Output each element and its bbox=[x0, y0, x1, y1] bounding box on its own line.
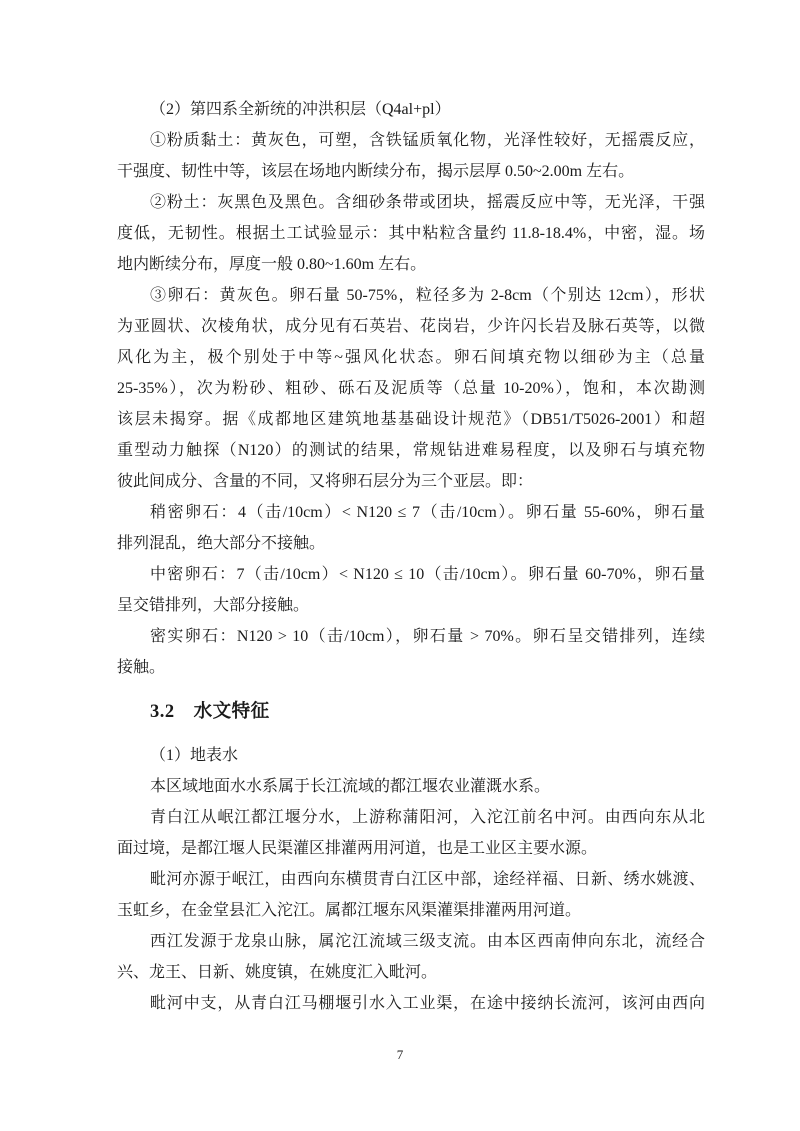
paragraph: 密实卵石：N120 > 10（击/10cm），卵石量 > 70%。卵石呈交错排列… bbox=[117, 621, 705, 683]
paragraph: 中密卵石：7（击/10cm）< N120 ≤ 10（击/10cm）。卵石量 60… bbox=[117, 559, 705, 621]
text-line: （2）第四系全新统的冲洪积层（Q4al+pl） bbox=[117, 94, 705, 125]
paragraph: ③卵石：黄灰色。卵石量 50-75%，粒径多为 2-8cm（个别达 12cm），… bbox=[117, 280, 705, 497]
paragraph: 毗河中支，从青白江马棚堰引水入工业渠，在途中接纳长流河，该河由西向 bbox=[117, 988, 705, 1019]
text-line: 重型动力触探（N120）的测试的结果，常规钻进难易程度，以及卵石与填充物 bbox=[117, 435, 705, 466]
section-heading: 3.2 水文特征 bbox=[117, 697, 705, 728]
paragraph: ①粉质黏土：黄灰色，可塑，含铁锰质氧化物，光泽性较好，无摇震反应，干强度、韧性中… bbox=[117, 125, 705, 187]
paragraph: 稍密卵石：4（击/10cm）< N120 ≤ 7（击/10cm）。卵石量 55-… bbox=[117, 497, 705, 559]
text-line: 25-35%），次为粉砂、粗砂、砾石及泥质等（总量 10-20%），饱和，本次勘… bbox=[117, 373, 705, 404]
text-line: 为亚圆状、次棱角状，成分见有石英岩、花岗岩，少许闪长岩及脉石英等，以微 bbox=[117, 311, 705, 342]
text-line: 呈交错排列，大部分接触。 bbox=[117, 590, 705, 621]
page-number: 7 bbox=[0, 1047, 800, 1063]
text-line: 青白江从岷江都江堰分水，上游称蒲阳河，入沱江前名中河。由西向东从北 bbox=[117, 802, 705, 833]
text-line: 密实卵石：N120 > 10（击/10cm），卵石量 > 70%。卵石呈交错排列… bbox=[117, 621, 705, 652]
text-line: ③卵石：黄灰色。卵石量 50-75%，粒径多为 2-8cm（个别达 12cm），… bbox=[117, 280, 705, 311]
text-line: ①粉质黏土：黄灰色，可塑，含铁锰质氧化物，光泽性较好，无摇震反应， bbox=[117, 125, 705, 156]
text-line: 面过境，是都江堰人民渠灌区排灌两用河道，也是工业区主要水源。 bbox=[117, 833, 705, 864]
text-line: 接触。 bbox=[117, 652, 705, 683]
paragraph: 西江发源于龙泉山脉，属沱江流域三级支流。由本区西南伸向东北，流经合兴、龙王、日新… bbox=[117, 926, 705, 988]
text-line: 西江发源于龙泉山脉，属沱江流域三级支流。由本区西南伸向东北，流经合 bbox=[117, 926, 705, 957]
text-line: 风化为主，极个别处于中等~强风化状态。卵石间填充物以细砂为主（总量 bbox=[117, 342, 705, 373]
text-line: 中密卵石：7（击/10cm）< N120 ≤ 10（击/10cm）。卵石量 60… bbox=[117, 559, 705, 590]
paragraph: （1）地表水 bbox=[117, 740, 705, 771]
text-line: 干强度、韧性中等，该层在场地内断续分布，揭示层厚 0.50~2.00m 左右。 bbox=[117, 156, 705, 187]
document-page: （2）第四系全新统的冲洪积层（Q4al+pl）①粉质黏土：黄灰色，可塑，含铁锰质… bbox=[0, 0, 800, 1131]
text-line: （1）地表水 bbox=[117, 740, 705, 771]
text-line: 度低，无韧性。根据土工试验显示：其中粘粒含量约 11.8-18.4%，中密，湿。… bbox=[117, 218, 705, 249]
document-content: （2）第四系全新统的冲洪积层（Q4al+pl）①粉质黏土：黄灰色，可塑，含铁锰质… bbox=[117, 94, 705, 1019]
paragraph: ②粉土：灰黑色及黑色。含细砂条带或团块，摇震反应中等，无光泽，干强度低，无韧性。… bbox=[117, 187, 705, 280]
text-line: 彼此间成分、含量的不同，又将卵石层分为三个亚层。即： bbox=[117, 466, 705, 497]
text-line: 本区域地面水水系属于长江流域的都江堰农业灌溉水系。 bbox=[117, 771, 705, 802]
text-line: 稍密卵石：4（击/10cm）< N120 ≤ 7（击/10cm）。卵石量 55-… bbox=[117, 497, 705, 528]
text-line: 排列混乱，绝大部分不接触。 bbox=[117, 528, 705, 559]
text-line: 毗河中支，从青白江马棚堰引水入工业渠，在途中接纳长流河，该河由西向 bbox=[117, 988, 705, 1019]
text-line: 毗河亦源于岷江，由西向东横贯青白江区中部，途经祥福、日新、绣水姚渡、 bbox=[117, 864, 705, 895]
text-line: 3.2 水文特征 bbox=[117, 697, 705, 728]
text-line: 该层未揭穿。据《成都地区建筑地基基础设计规范》（DB51/T5026-2001）… bbox=[117, 404, 705, 435]
text-line: ②粉土：灰黑色及黑色。含细砂条带或团块，摇震反应中等，无光泽，干强 bbox=[117, 187, 705, 218]
text-line: 玉虹乡，在金堂县汇入沱江。属都江堰东风渠灌渠排灌两用河道。 bbox=[117, 895, 705, 926]
paragraph: （2）第四系全新统的冲洪积层（Q4al+pl） bbox=[117, 94, 705, 125]
text-line: 地内断续分布，厚度一般 0.80~1.60m 左右。 bbox=[117, 249, 705, 280]
paragraph: 本区域地面水水系属于长江流域的都江堰农业灌溉水系。 bbox=[117, 771, 705, 802]
text-line: 兴、龙王、日新、姚度镇，在姚度汇入毗河。 bbox=[117, 957, 705, 988]
paragraph: 青白江从岷江都江堰分水，上游称蒲阳河，入沱江前名中河。由西向东从北面过境，是都江… bbox=[117, 802, 705, 864]
paragraph: 毗河亦源于岷江，由西向东横贯青白江区中部，途经祥福、日新、绣水姚渡、玉虹乡，在金… bbox=[117, 864, 705, 926]
